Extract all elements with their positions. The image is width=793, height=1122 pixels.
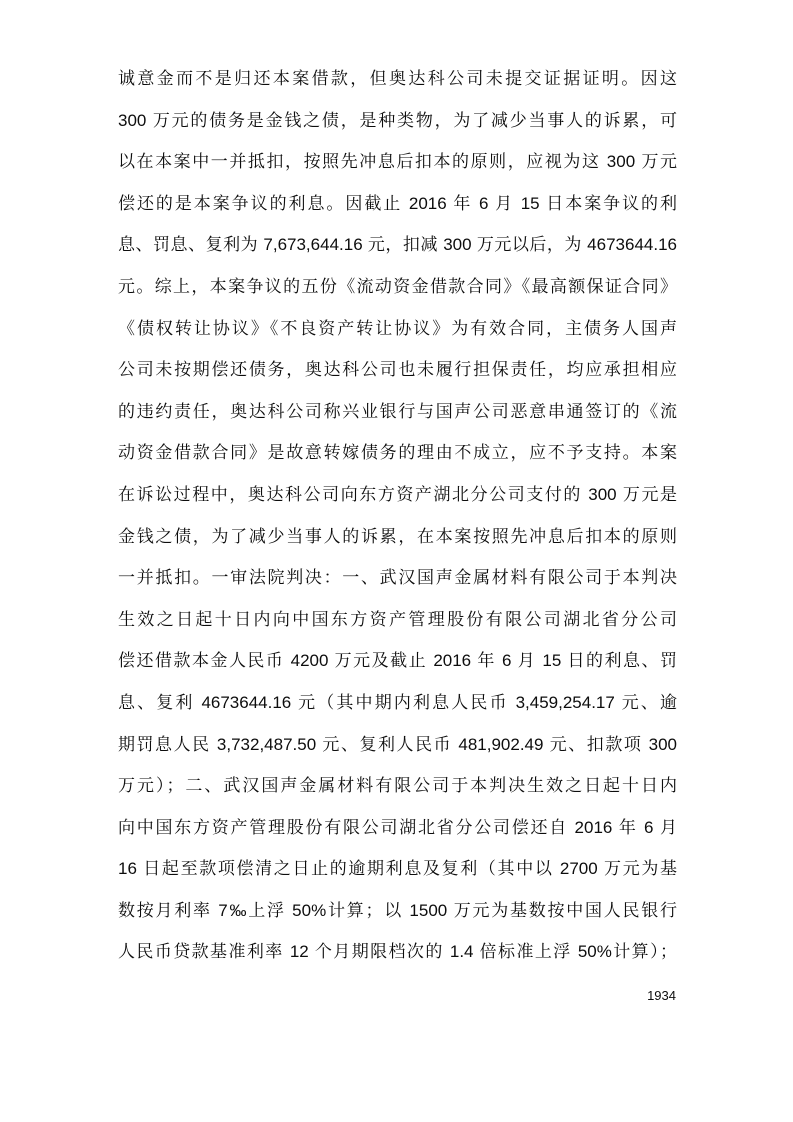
text-line: 《债权转让协议》《不良资产转让协议》为有效合同，主债务人国声: [118, 308, 677, 350]
text-line: 公司未按期偿还债务，奥达科公司也未履行担保责任，均应承担相应: [118, 349, 677, 391]
text-line: 向中国东方资产管理股份有限公司湖北省分公司偿还自 2016 年 6 月: [118, 807, 677, 849]
text-line: 生效之日起十日内向中国东方资产管理股份有限公司湖北省分公司: [118, 599, 677, 641]
text-line: 动资金借款合同》是故意转嫁债务的理由不成立，应不予支持。本案: [118, 432, 677, 474]
text-line: 16 日起至款项偿清之日止的逾期利息及复利（其中以 2700 万元为基: [118, 848, 677, 890]
text-line: 在诉讼过程中，奥达科公司向东方资产湖北分公司支付的 300 万元是: [118, 474, 677, 516]
text-line: 一并抵扣。一审法院判决：一、武汉国声金属材料有限公司于本判决: [118, 557, 677, 599]
text-line: 偿还借款本金人民币 4200 万元及截止 2016 年 6 月 15 日的利息、…: [118, 640, 677, 682]
text-line: 息、复利 4673644.16 元（其中期内利息人民币 3,459,254.17…: [118, 682, 677, 724]
body-text: 诚意金而不是归还本案借款，但奥达科公司未提交证据证明。因这 300 万元的债务是…: [118, 58, 677, 973]
text-line: 以在本案中一并抵扣，按照先冲息后扣本的原则，应视为这 300 万元: [118, 141, 677, 183]
text-line: 元。综上，本案争议的五份《流动资金借款合同》《最高额保证合同》: [118, 266, 677, 308]
text-line: 人民币贷款基准利率 12 个月期限档次的 1.4 倍标准上浮 50%计算）；: [118, 931, 677, 973]
document-page: 诚意金而不是归还本案借款，但奥达科公司未提交证据证明。因这 300 万元的债务是…: [0, 0, 793, 1122]
page-number: 1934: [647, 987, 676, 1005]
text-line: 金钱之债，为了减少当事人的诉累，在本案按照先冲息后扣本的原则: [118, 516, 677, 558]
text-line: 的违约责任，奥达科公司称兴业银行与国声公司恶意串通签订的《流: [118, 391, 677, 433]
text-line: 偿还的是本案争议的利息。因截止 2016 年 6 月 15 日本案争议的利: [118, 183, 677, 225]
text-line: 300 万元的债务是金钱之债，是种类物，为了减少当事人的诉累，可: [118, 100, 677, 142]
text-line: 诚意金而不是归还本案借款，但奥达科公司未提交证据证明。因这: [118, 58, 677, 100]
text-line: 数按月利率 7‰上浮 50%计算；以 1500 万元为基数按中国人民银行: [118, 890, 677, 932]
text-line: 万元）；二、武汉国声金属材料有限公司于本判决生效之日起十日内: [118, 765, 677, 807]
text-line: 期罚息人民 3,732,487.50 元、复利人民币 481,902.49 元、…: [118, 724, 677, 766]
text-line: 息、罚息、复利为 7,673,644.16 元，扣减 300 万元以后，为 46…: [118, 224, 677, 266]
